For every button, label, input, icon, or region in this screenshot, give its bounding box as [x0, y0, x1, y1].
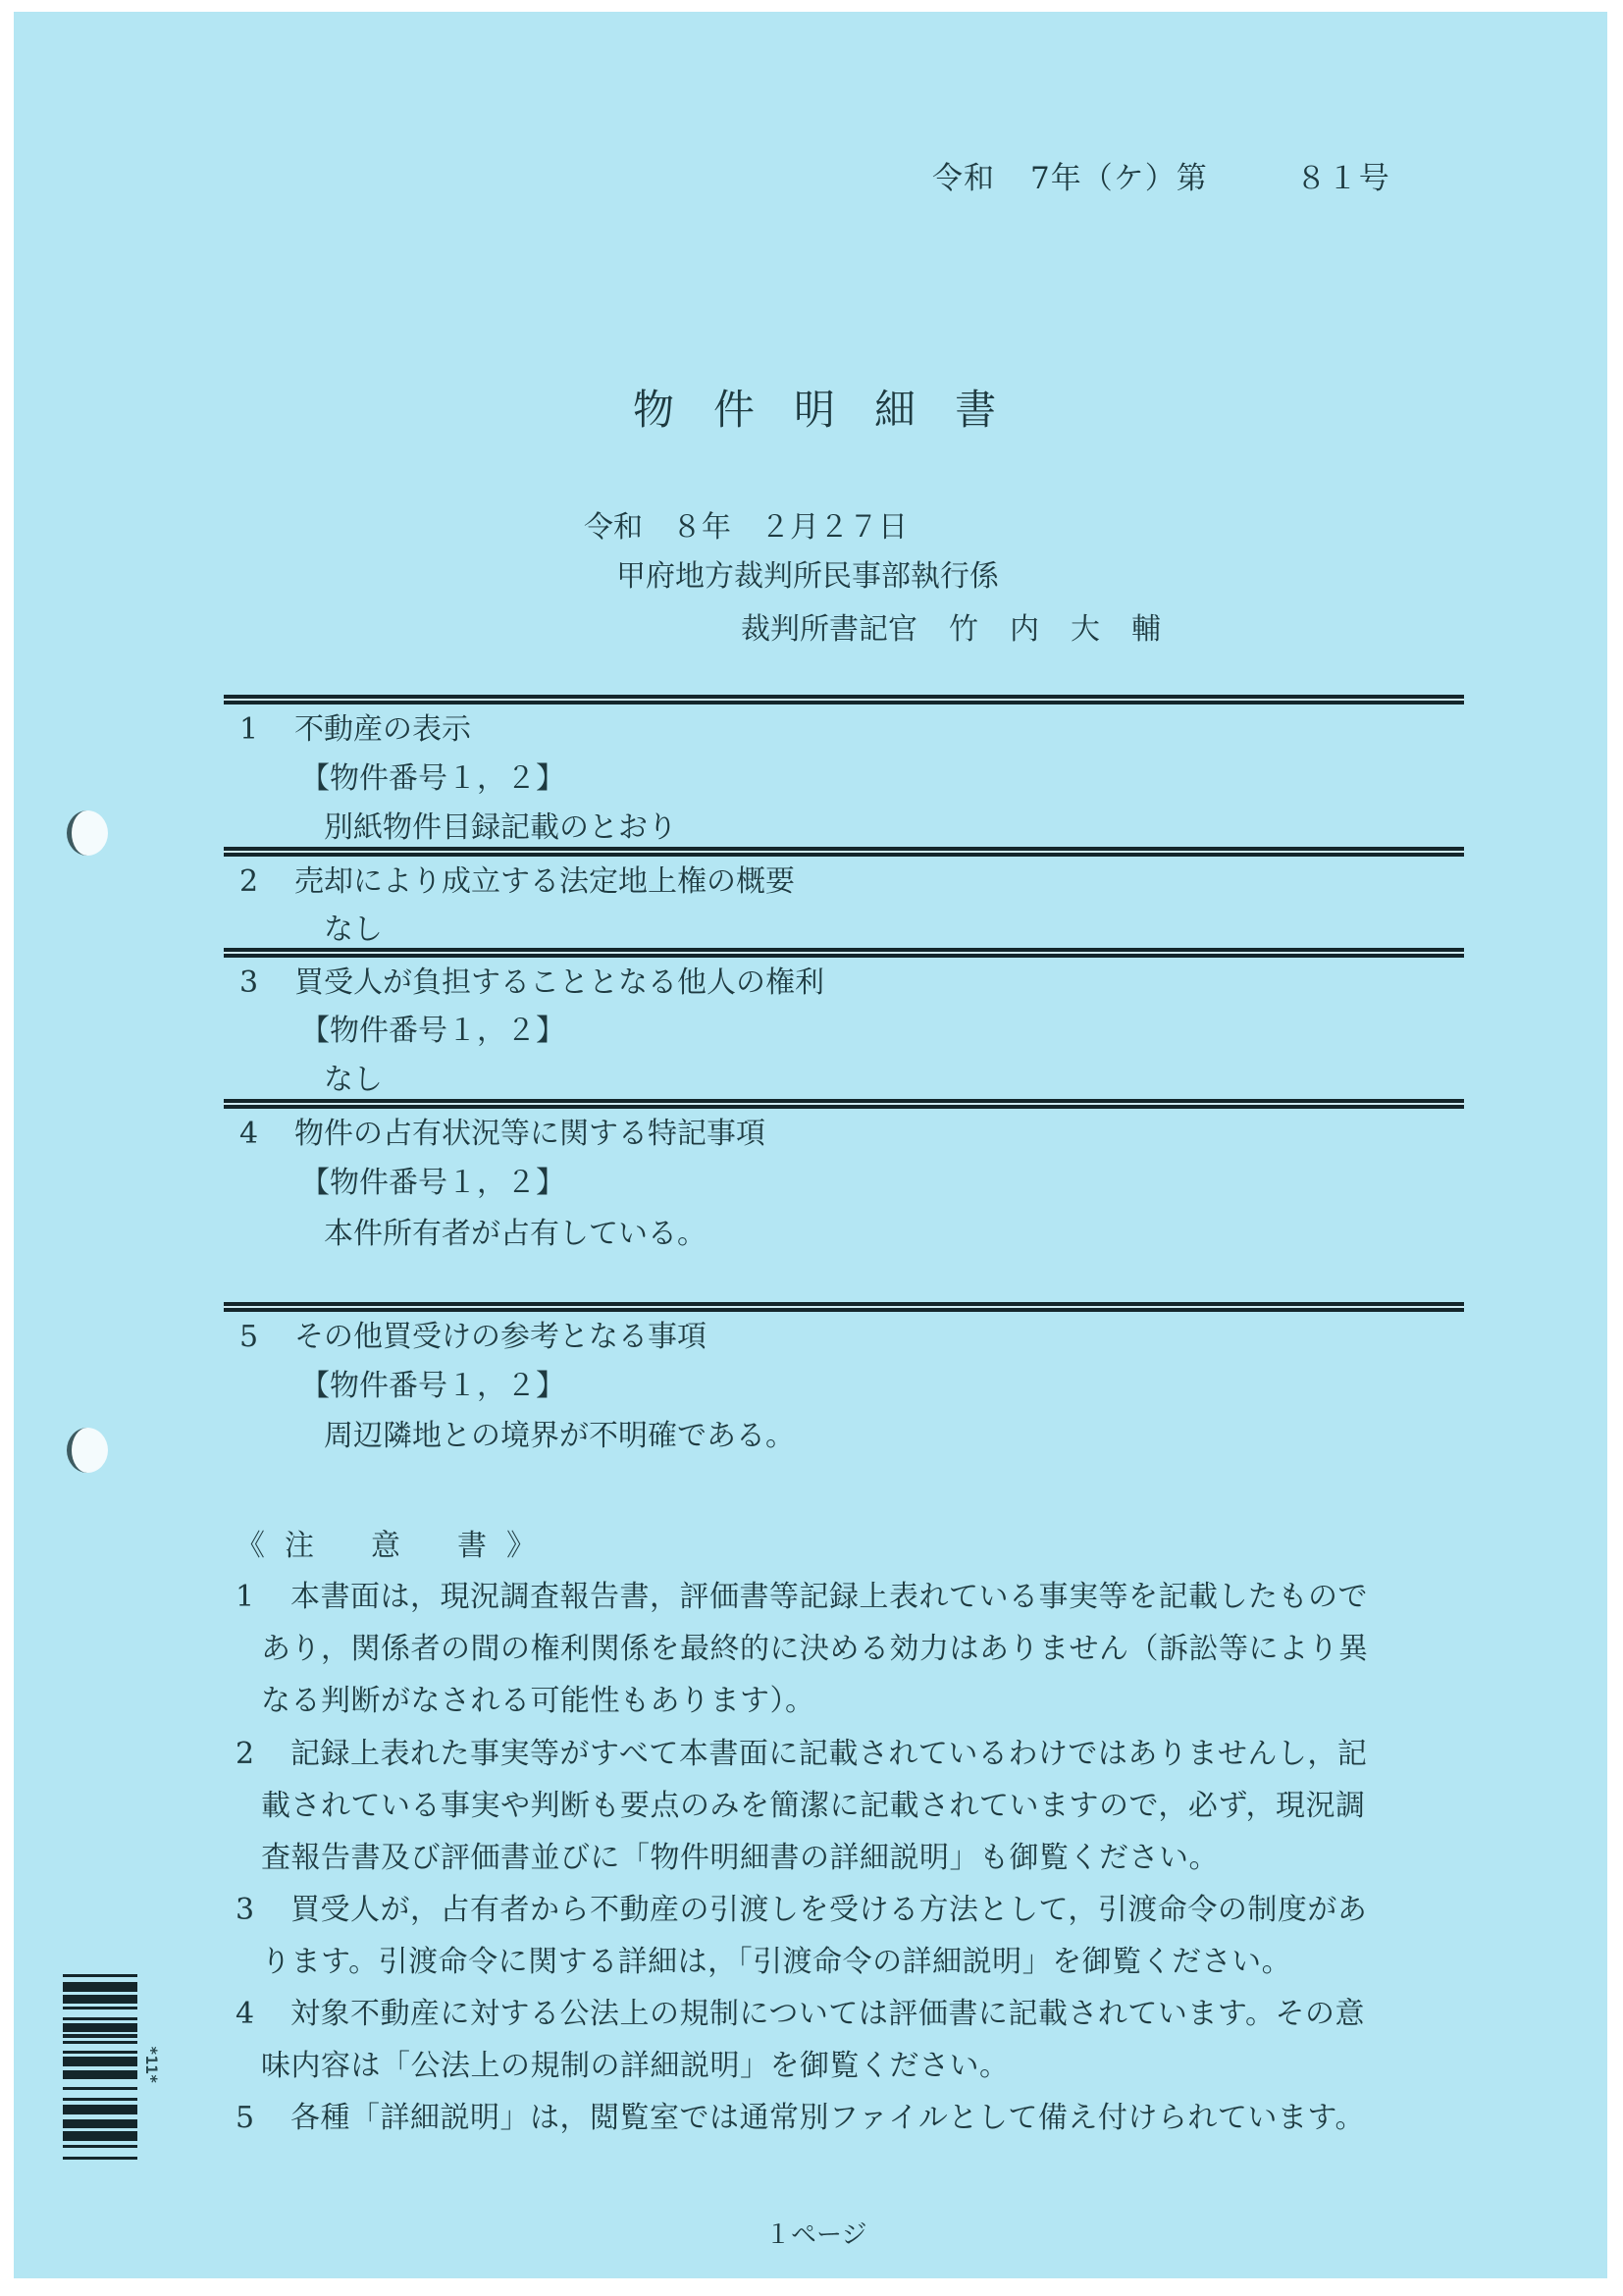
document-title: 物件明細書 [633, 378, 1035, 437]
section-4-property-label: 【物件番号１，２】 [300, 1158, 565, 1201]
section-4-heading: 4物件の占有状況等に関する特記事項 [239, 1109, 765, 1152]
notice-line: 買受人が，占有者から不動産の引渡しを受ける方法として，引渡命令の制度があ [290, 1893, 1367, 1927]
notice-item-2-line-3: 査報告書及び評価書並びに「物件明細書の詳細説明」も御覧ください。 [261, 1833, 1219, 1876]
page-number: １ページ [765, 2215, 866, 2251]
notice-line: 記録上表れた事実等がすべて本書面に記載されているわけではありませんし，記 [290, 1737, 1367, 1771]
section-number: 1 [239, 712, 294, 747]
notice-item-number: 3 [236, 1893, 290, 1927]
name-char: 輔 [1131, 604, 1161, 648]
section-number: 4 [239, 1117, 294, 1151]
barcode-icon [63, 1962, 139, 2168]
issue-date: 令和 ８年 ２月２７日 [584, 502, 908, 546]
name-char: 大 [1071, 604, 1100, 648]
title-char: 物 [633, 378, 674, 437]
notice-line: 各種「詳細説明」は，閲覧室では通常別ファイルとして備え付けられています。 [290, 2101, 1365, 2135]
notice-item-1-line-3: なる判断がなされる可能性もあります）。 [261, 1676, 815, 1719]
section-1-property-label: 【物件番号１，２】 [300, 754, 565, 797]
notice-bracket-close: 》 [506, 1521, 536, 1564]
section-5-heading: 5その他買受けの参考となる事項 [239, 1312, 707, 1355]
section-divider [224, 1099, 1464, 1109]
title-char: 明 [794, 378, 835, 437]
case-number-value: ８１号 [1296, 153, 1390, 197]
notice-item-1-line-2: あり，関係者の間の権利関係を最終的に決める効力はありません（訴訟等により異 [261, 1624, 1369, 1667]
name-char: 竹 [949, 604, 978, 648]
section-heading-text: その他買受けの参考となる事項 [294, 1320, 707, 1354]
section-4-body: 本件所有者が占有している。 [324, 1209, 707, 1252]
notice-item-1: 1本書面は，現況調査報告書，評価書等記録上表れている事実等を記載したもので [236, 1572, 1368, 1615]
notice-item-3: 3買受人が，占有者から不動産の引渡しを受ける方法として，引渡命令の制度があ [236, 1885, 1367, 1928]
section-heading-text: 不動産の表示 [294, 712, 471, 747]
section-5-property-label: 【物件番号１，２】 [300, 1361, 565, 1404]
issuer-role: 裁判所書記官 [741, 612, 917, 647]
notice-item-number: 5 [236, 2101, 290, 2135]
section-heading-text: 物件の占有状況等に関する特記事項 [294, 1117, 765, 1151]
section-1-heading: 1不動産の表示 [239, 704, 471, 748]
title-char: 件 [713, 378, 755, 437]
punch-hole-icon [67, 1428, 108, 1473]
notice-title-char: 書 [457, 1521, 487, 1564]
notice-item-4: 4対象不動産に対する公法上の規制については評価書に記載されています。その意 [236, 1989, 1365, 2032]
section-3-body: なし [324, 1055, 383, 1098]
notice-line: 対象不動産に対する公法上の規制については評価書に記載されています。その意 [290, 1997, 1365, 2031]
notice-title-char: 意 [371, 1521, 400, 1564]
case-era: 令和 [932, 153, 995, 197]
notice-title-char: 注 [285, 1521, 314, 1564]
notice-item-2: 2記録上表れた事実等がすべて本書面に記載されているわけではありませんし，記 [236, 1729, 1367, 1772]
issuer-name: 竹内大輔 [917, 612, 1161, 647]
section-1-body: 別紙物件目録記載のとおり [324, 803, 677, 846]
section-divider [224, 1302, 1464, 1312]
barcode-label: *11* [142, 2046, 161, 2084]
notice-item-3-line-2: ります。引渡命令に関する詳細は，「引渡命令の詳細説明」を御覧ください。 [261, 1937, 1291, 1980]
notice-item-4-line-2: 味内容は「公法上の規制の詳細説明」を御覧ください。 [261, 2041, 1010, 2084]
notice-item-number: 4 [236, 1997, 290, 2031]
section-divider [224, 847, 1464, 857]
section-3-heading: 3買受人が負担することとなる他人の権利 [239, 958, 824, 1001]
section-divider [224, 948, 1464, 958]
section-3-property-label: 【物件番号１，２】 [300, 1006, 565, 1049]
punch-hole-icon [67, 810, 108, 856]
notice-bracket-open: 《 [236, 1521, 265, 1564]
title-char: 書 [955, 378, 996, 437]
section-divider [224, 695, 1464, 704]
section-heading-text: 買受人が負担することとなる他人の権利 [294, 965, 824, 1000]
notice-line: 本書面は，現況調査報告書，評価書等記録上表れている事実等を記載したもので [290, 1580, 1368, 1614]
issuer-office: 甲府地方裁判所民事部執行係 [616, 551, 999, 595]
section-5-body: 周辺隣地との境界が不明確である。 [324, 1411, 795, 1454]
title-char: 細 [874, 378, 916, 437]
name-char: 内 [1010, 604, 1039, 648]
section-heading-text: 売却により成立する法定地上権の概要 [294, 864, 795, 899]
issuer-signature: 裁判所書記官竹内大輔 [741, 604, 1161, 648]
case-year: 7年（ケ）第 [1030, 153, 1208, 197]
section-number: 2 [239, 864, 294, 899]
section-2-body: なし [324, 905, 383, 948]
notice-title: 《注意書》 [236, 1521, 593, 1564]
section-number: 5 [239, 1320, 294, 1354]
section-number: 3 [239, 965, 294, 1000]
case-number: 令和7年（ケ）第８１号 [932, 153, 1390, 197]
section-2-heading: 2売却により成立する法定地上権の概要 [239, 857, 795, 900]
notice-item-number: 1 [236, 1580, 290, 1614]
notice-item-2-line-2: 載されている事実や判断も要点のみを簡潔に記載されていますので，必ず，現況調 [261, 1781, 1366, 1824]
notice-item-number: 2 [236, 1737, 290, 1771]
notice-item-5: 5各種「詳細説明」は，閲覧室では通常別ファイルとして備え付けられています。 [236, 2093, 1365, 2136]
